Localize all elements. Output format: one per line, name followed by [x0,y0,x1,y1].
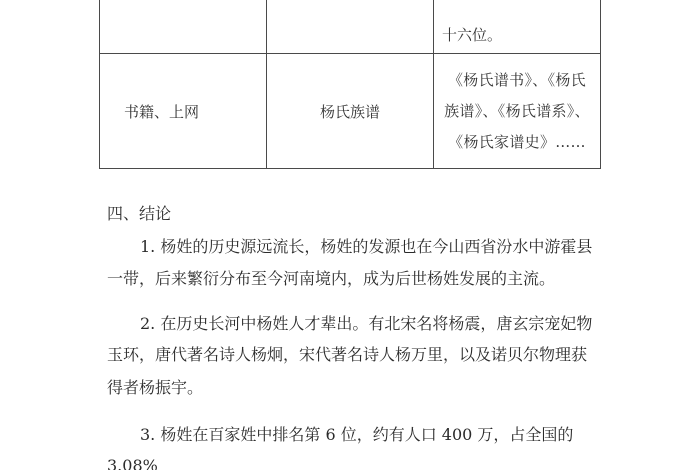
sources-line: 《杨氏谱书》、《杨氏 [436,65,598,96]
conclusion-item-1-line-1: 1. 杨姓的历史源远流长，杨姓的发源也在今山西省汾水中游霍县 [140,234,592,257]
table-cell-sources: 《杨氏谱书》、《杨氏 族谱》、《杨氏谱系》、 《杨氏家谱史》…… [434,54,601,169]
table-cell-topic: 杨氏族谱 [267,54,434,169]
sources-tail-text: 十六位。 [442,26,502,44]
table-cell-method [100,0,267,54]
research-table: 十六位。 书籍、上网 杨氏族谱 《杨氏谱书》、《杨氏 族谱》、《杨氏谱系》、 《… [99,0,601,169]
conclusion-item-2-line-3: 得者杨振宇。 [107,375,203,398]
conclusion-item-3-line-2: 3.08% [107,456,158,470]
table-row: 书籍、上网 杨氏族谱 《杨氏谱书》、《杨氏 族谱》、《杨氏谱系》、 《杨氏家谱史… [100,54,601,169]
sources-line: 族谱》、《杨氏谱系》、 [436,96,598,127]
conclusion-item-3-line-1: 3. 杨姓在百家姓中排名第 6 位，约有人口 400 万，占全国的 [140,422,573,445]
section-heading: 四、结论 [107,201,171,224]
conclusion-item-2-line-2: 玉环，唐代著名诗人杨炯，宋代著名诗人杨万里，以及诺贝尔物理获 [107,342,587,365]
table-cell-method: 书籍、上网 [100,54,267,169]
document-page: 十六位。 书籍、上网 杨氏族谱 《杨氏谱书》、《杨氏 族谱》、《杨氏谱系》、 《… [0,0,700,470]
table-cell-sources: 十六位。 [434,0,601,54]
table-cell-topic [267,0,434,54]
conclusion-item-2-line-1: 2. 在历史长河中杨姓人才辈出。有北宋名将杨震，唐玄宗宠妃物 [140,311,592,334]
conclusion-item-1-line-2: 一带，后来繁衍分布至今河南境内，成为后世杨姓发展的主流。 [107,266,555,289]
table-row: 十六位。 [100,0,601,54]
sources-line: 《杨氏家谱史》…… [436,127,598,158]
